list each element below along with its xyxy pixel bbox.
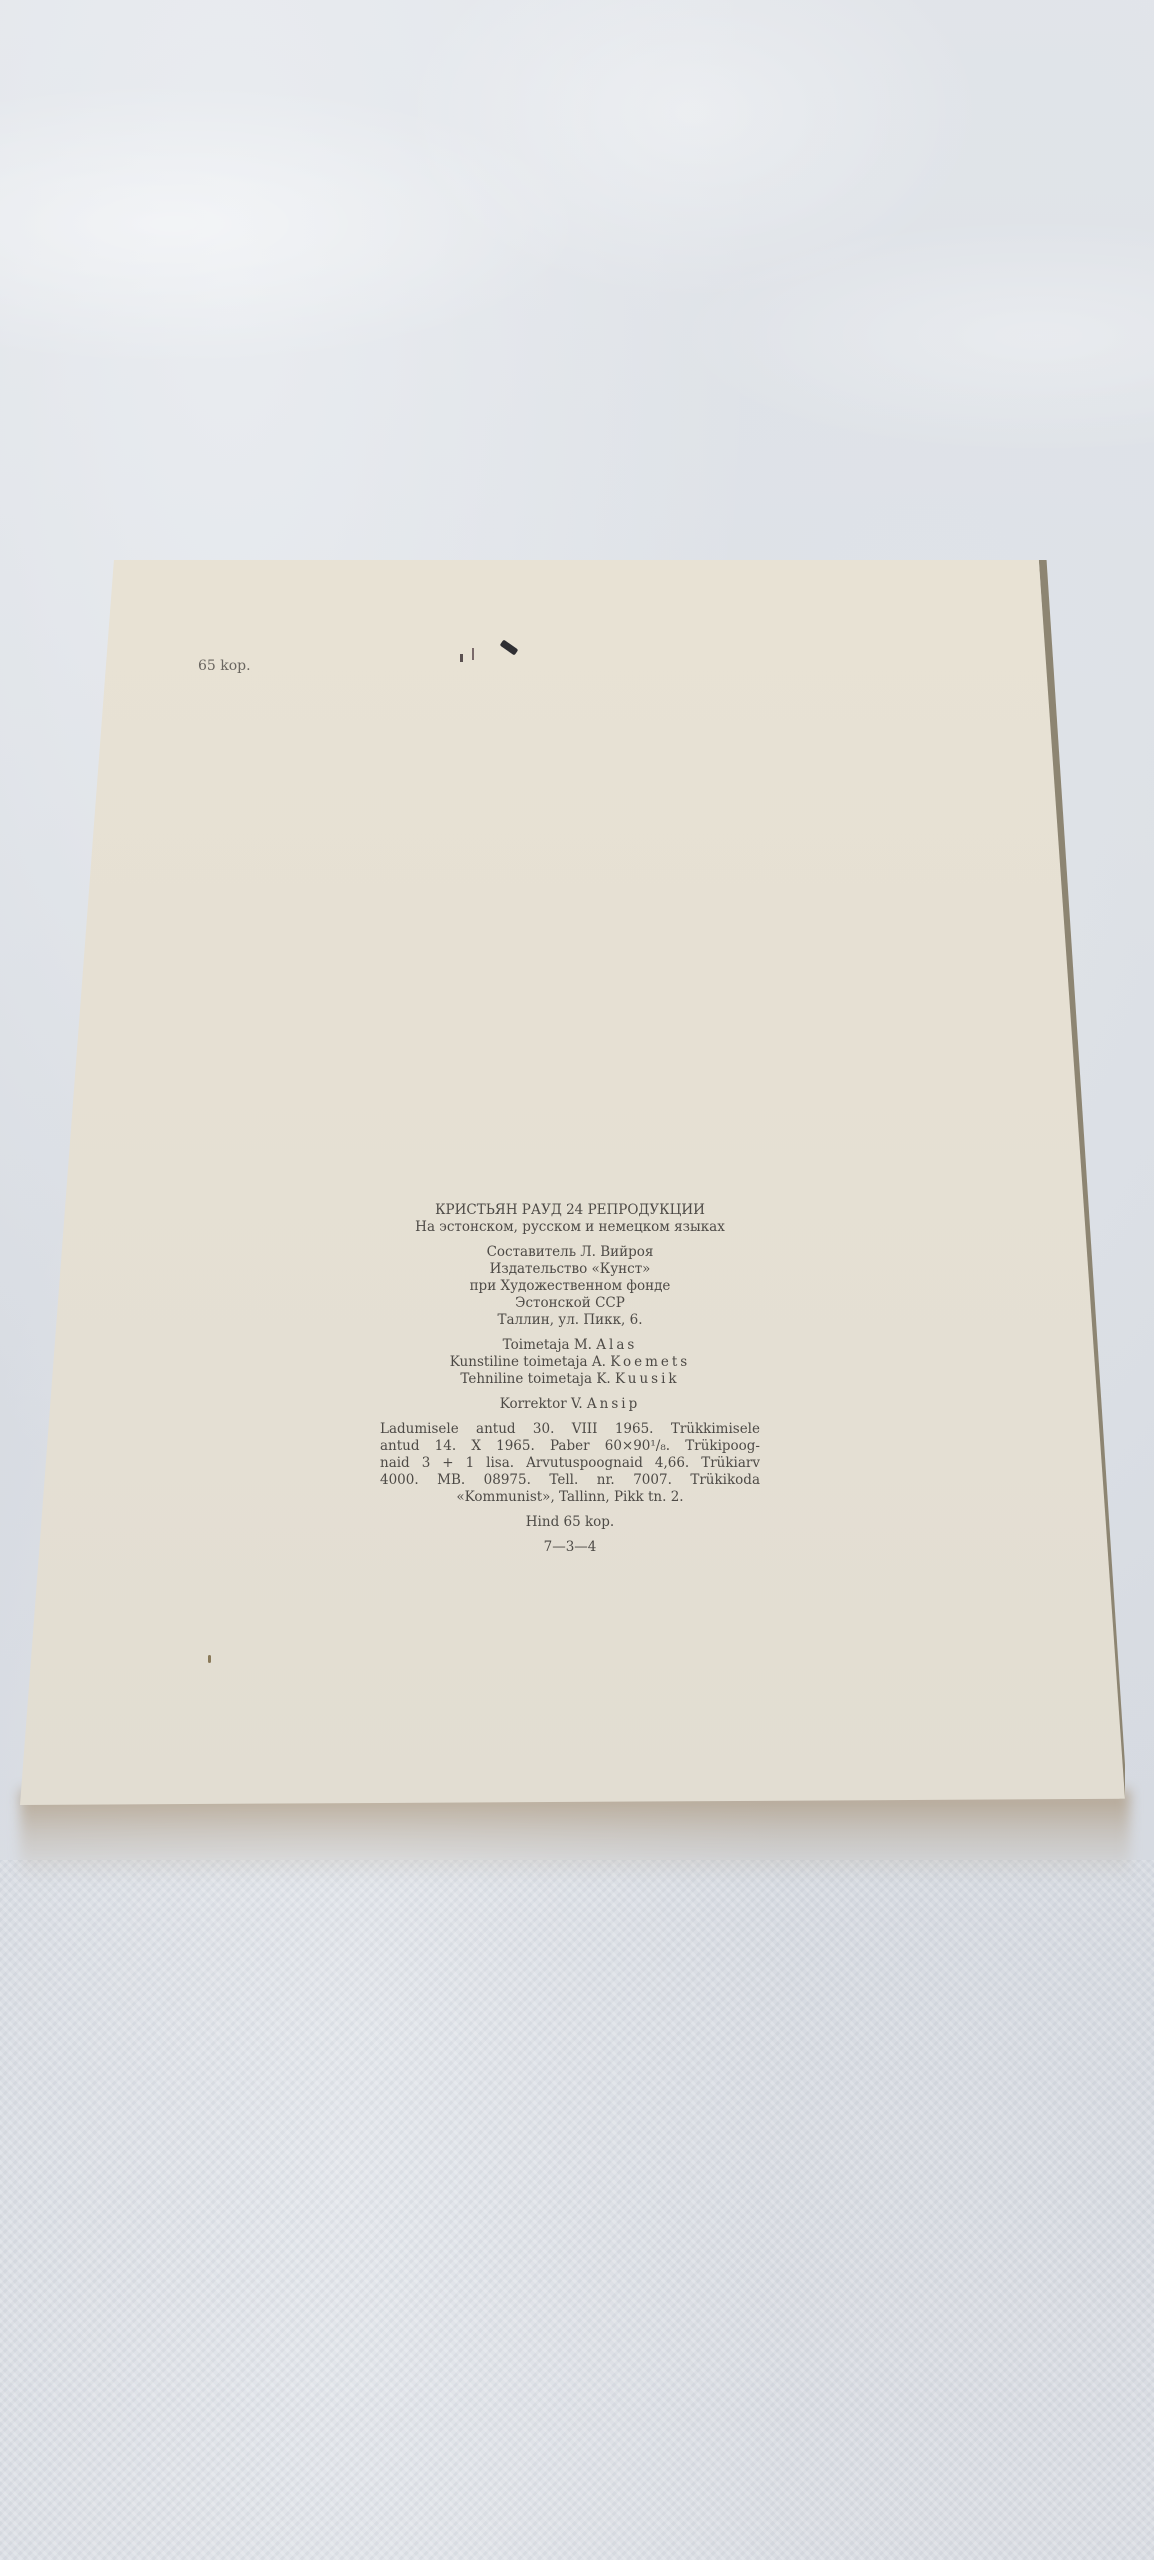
imprint-code: 7—3—4: [380, 1539, 760, 1556]
ink-speck: [460, 654, 463, 662]
ink-speck: [472, 648, 474, 660]
credit-proofreader: Korrektor V. Ansip: [380, 1396, 760, 1413]
imprint-languages: На эстонском, русском и немецком языках: [380, 1219, 760, 1236]
imprint-block: КРИСТЬЯН РАУД 24 РЕПРОДУКЦИИ На эстонско…: [380, 1202, 760, 1556]
booklet-back-cover: [20, 560, 1125, 1805]
tablecloth-upper: [0, 0, 1154, 560]
imprint-publisher-line: при Художественном фонде: [380, 1278, 760, 1295]
imprint-compiler: Составитель Л. Вийроя: [380, 1244, 760, 1261]
print-details-line: antud 14. X 1965. Paber 60×90¹/₈. Trükip…: [380, 1438, 760, 1455]
imprint-publisher-line: Эстонской ССР: [380, 1295, 760, 1312]
credit-art-editor: Kunstiline toimetaja A. Koemets: [380, 1354, 760, 1371]
print-details-line: «Kommunist», Tallinn, Pikk tn. 2.: [380, 1489, 760, 1506]
imprint-price: Hind 65 kop.: [380, 1514, 760, 1531]
imprint-title: КРИСТЬЯН РАУД 24 РЕПРОДУКЦИИ: [380, 1202, 760, 1219]
print-details-line: 4000. MB. 08975. Tell. nr. 7007. Trükiko…: [380, 1472, 760, 1489]
imprint-publisher-line: Таллин, ул. Пикк, 6.: [380, 1312, 760, 1329]
credit-editor: Toimetaja M. Alas: [380, 1337, 760, 1354]
ink-speck: [208, 1655, 211, 1663]
credit-technical-editor: Tehniline toimetaja K. Kuusik: [380, 1371, 760, 1388]
tablecloth-texture: [0, 1860, 1154, 2560]
imprint-publisher-line: Издательство «Кунст»: [380, 1261, 760, 1278]
print-details-line: naid 3 + 1 lisa. Arvutuspoognaid 4,66. T…: [380, 1455, 760, 1472]
top-price-label: 65 kop.: [198, 658, 251, 674]
print-details-line: Ladumisele antud 30. VIII 1965. Trükkimi…: [380, 1421, 760, 1438]
